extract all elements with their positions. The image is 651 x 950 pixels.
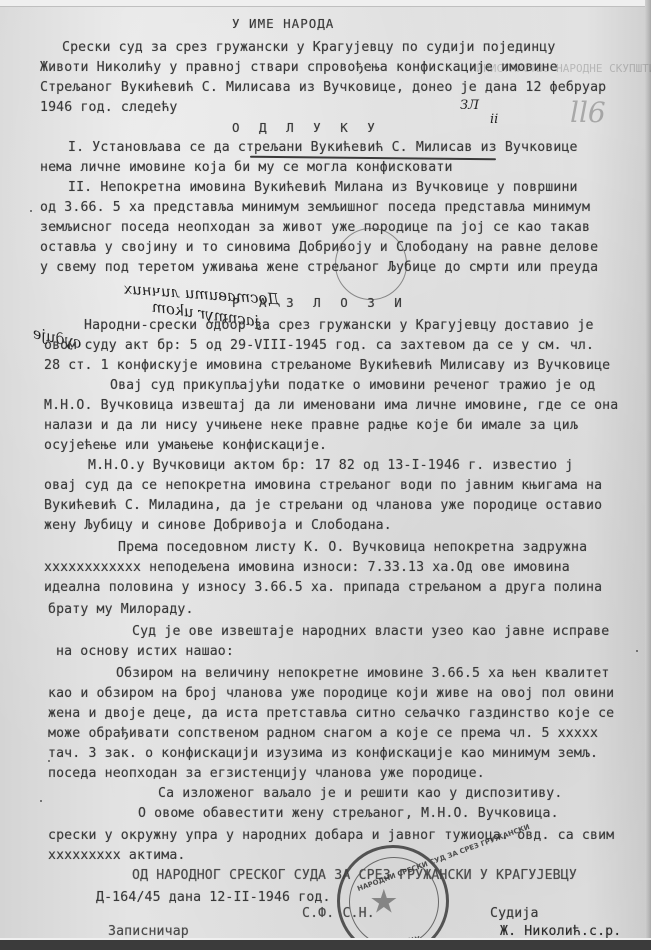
scan-right-edge [645, 0, 651, 938]
official-seal: ★ НАРОДНИ СРЕСКИ СУД ЗА СРЕЗ ГРУЖАНСКИ У… [337, 845, 449, 938]
intro-line: Животи Николићу у правној ствари спровођ… [40, 60, 558, 75]
decision-line: I. Установљава се да стрељани Вукићевић … [68, 140, 578, 155]
reference-number: Д-164/45 дана 12-II-1946 год. [96, 890, 331, 905]
reasons-line: тач. 3 зак. о конфискацији изузима из ко… [48, 746, 598, 761]
reasons-line: Према поседовном листу К. О. Вучковица н… [118, 540, 587, 555]
reasons-line: Обзиром на величину непокретне имовине 3… [116, 666, 609, 681]
intro-line: Срески суд за срез гружански у Крагујевц… [62, 40, 555, 55]
faint-stamp [335, 228, 407, 300]
reasons-line: овај суд да се непокретна имовина стреља… [44, 478, 602, 493]
handwritten-folio-number: ll6 [570, 96, 606, 129]
reasons-line: М.Н.О.у Вучковици актом бр: 17 82 од 13-… [88, 458, 573, 473]
intro-line: 1946 год. следећу [40, 100, 178, 115]
reasons-line: жена и двоје деце, да иста претставља си… [48, 706, 614, 721]
scan-speck [48, 760, 50, 762]
handwritten-mark: ЗЛ [460, 98, 479, 113]
reasons-line: Суд је ове извештаје народних власти узе… [132, 624, 609, 639]
reasons-line: 28 ст. 1 конфискује имовина стрељаноме В… [44, 358, 610, 373]
decision-line: нема личне имовине која би му се могла к… [40, 160, 453, 175]
scan-speck [30, 210, 32, 212]
reasons-line: идеална половина у износу 3.66.5 ха. при… [44, 580, 602, 595]
reasons-line: Овај суд прикупљајући податке о имовини … [110, 378, 595, 393]
reasons-line: осујећење или умањење конфискације. [44, 438, 327, 453]
scan-top-edge [0, 0, 651, 7]
decision-line: земљисног поседа неопходан за живот уже … [40, 220, 590, 235]
reasons-line: налази и да ли нису учињене неке правне … [44, 418, 578, 433]
decision-line: II. Непокретна имовина Вукићевић Милана … [68, 180, 578, 195]
reasons-line: xxxxxxxxx актима. [48, 848, 186, 863]
judge-title: Судија [490, 906, 539, 921]
reasons-line: Са изложеног ваљало је и решити као у ди… [158, 786, 562, 801]
scan-bottom-edge [0, 938, 651, 950]
reasons-line: поседа неопходан за егзистенцију чланова… [48, 766, 485, 781]
reasons-line: xxxxxxxxxxxx неподељена имовина износи: … [44, 560, 570, 575]
intro-line: Стрељаног Вукићевић С. Милисава из Вучко… [40, 80, 606, 95]
reasons-line: М.Н.О. Вучковица извештај да ли именован… [44, 398, 618, 413]
reasons-line: Народни-срески одбор за срез гружански у… [84, 318, 594, 333]
reasons-line: Вукићевић С. Миладина, да је стрељани од… [44, 498, 602, 513]
decision-line: оставља у својину и то синовима Добривој… [40, 240, 598, 255]
recorder-title: Записничар [108, 924, 189, 938]
scan-speck [40, 800, 42, 802]
reasons-line: на основу истих нашао: [56, 644, 234, 659]
handwritten-mark: ii [490, 112, 498, 127]
document-heading: У ИМЕ НАРОДА [232, 16, 334, 31]
reasons-line: као и обзиром на број чланова уже породи… [48, 686, 614, 701]
reasons-line: О овоме обавестити жену стрељаног, М.Н.О… [138, 806, 559, 821]
decision-line: од 3.66. 5 ха представља минимум земљишн… [40, 200, 590, 215]
judge-name: Ж. Николић.с.р. [500, 924, 621, 938]
reasons-line: овом суду акт бр: 5 од 29-VIII-1945 год.… [44, 338, 594, 353]
reasons-line: брату му Милораду. [48, 602, 194, 617]
scan-speck [636, 650, 638, 652]
reasons-line: жену Љубицу и синове Добривоја и Слобода… [44, 518, 392, 533]
decision-line: у свему под теретом уживања жене стрељан… [40, 260, 598, 275]
reasons-line: може обрађивати сопственом радном снагом… [48, 726, 598, 741]
document-page: МИНИСТАРСТВО НАРОДНЕ СКУПШТИНЕ У ИМЕ НАР… [0, 0, 651, 938]
decision-title: О Д Л У К У [232, 120, 381, 135]
